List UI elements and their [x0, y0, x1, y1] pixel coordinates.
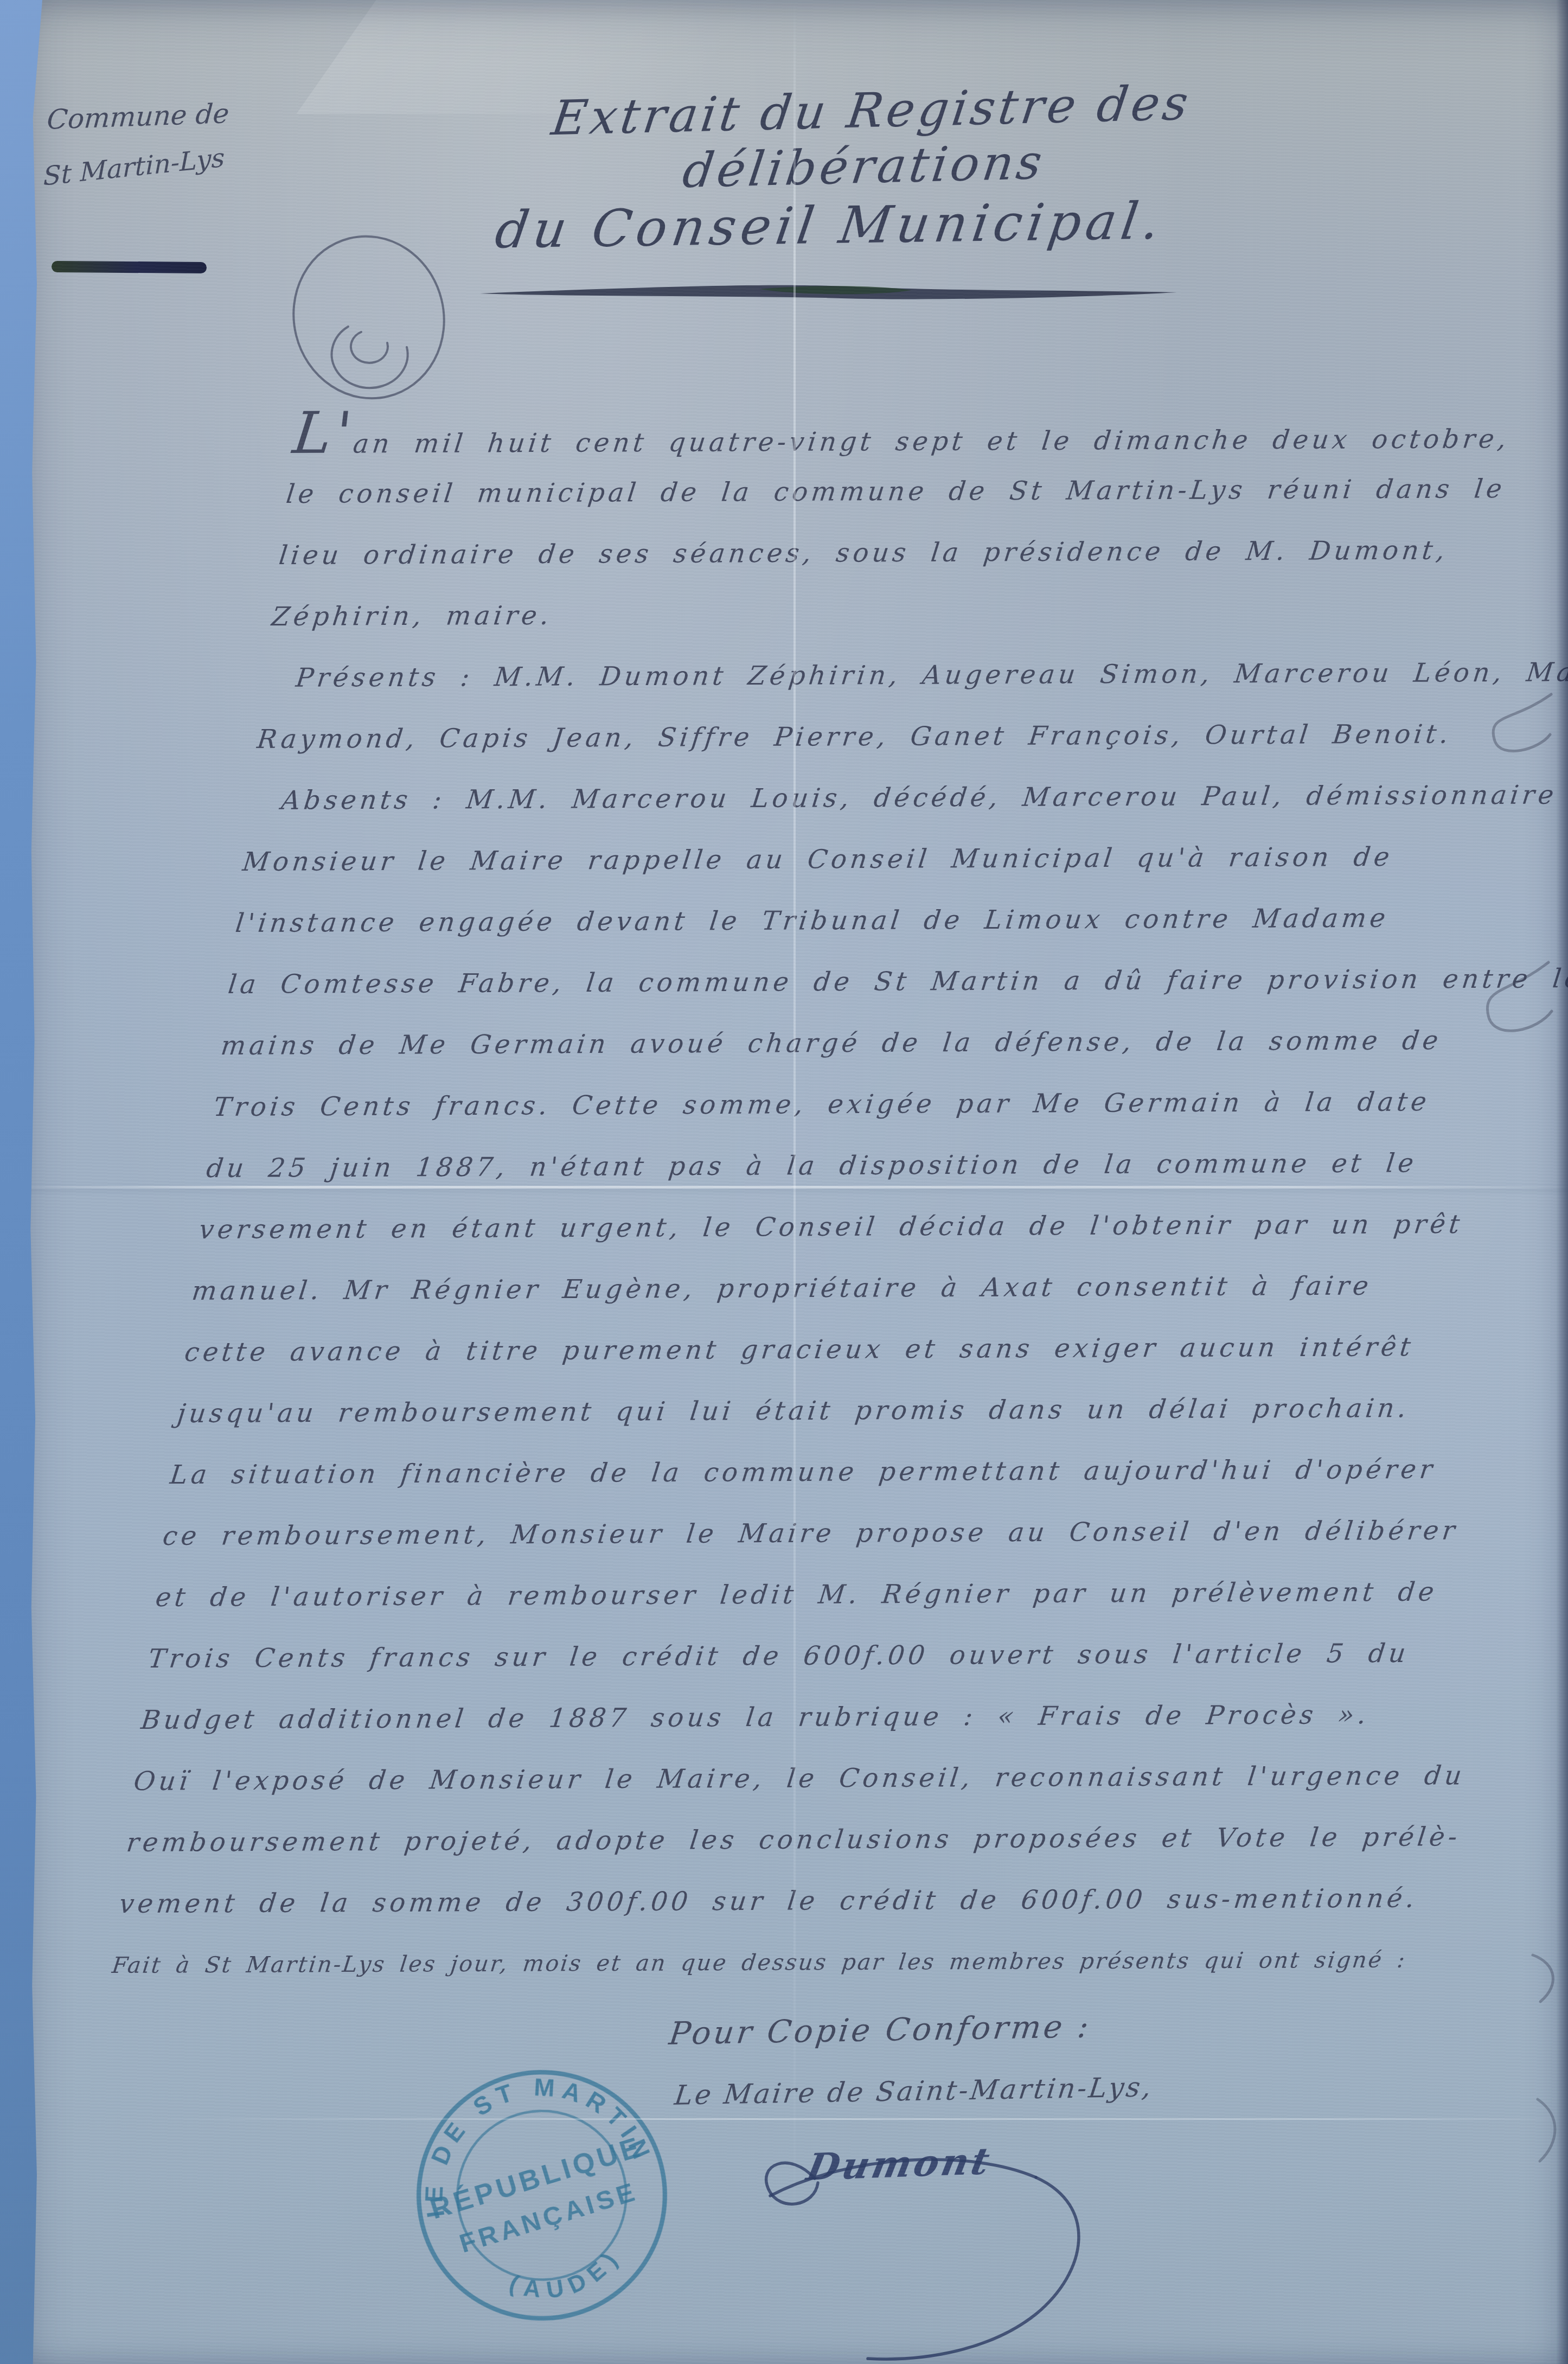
commune-line1: Commune de [46, 98, 231, 136]
mayor-signature: Dumont [803, 2139, 996, 2189]
text-line: Zéphirin, maire. [268, 581, 1518, 648]
stray-ink-mark [1527, 2094, 1568, 2170]
commune-line2: St Martin-Lys [43, 143, 226, 192]
text-line: Trois Cents francs sur le crédit de 600f… [145, 1623, 1395, 1690]
commune-underline-bar [52, 261, 207, 273]
text-line: L'an mil huit cent quatre-vingt sept et … [290, 397, 1540, 464]
text-line: Trois Cents francs. Cette somme, exigée … [210, 1071, 1460, 1138]
document-page: Commune de St Martin-Lys Extrait du Regi… [0, 0, 1568, 2364]
text-line: Budget additionnel de 1887 sous la rubri… [138, 1684, 1388, 1751]
title-underline-flourish [477, 279, 1182, 304]
title-line1: Extrait du Registre des délibérations [381, 71, 1354, 206]
text-line: la Comtesse Fabre, la commune de St Mart… [225, 949, 1475, 1015]
text-line: du 25 juin 1887, n'étant pas à la dispos… [203, 1133, 1453, 1199]
text-line: Ouï l'exposé de Monsieur le Maire, le Co… [130, 1746, 1380, 1812]
text-line: Présents : M.M. Dumont Zéphirin, Augerea… [261, 642, 1511, 709]
text-line: vement de la somme de 300f.00 sur le cré… [116, 1868, 1366, 1935]
svg-text:(AUDE): (AUDE) [500, 2237, 634, 2318]
stamp-ring-bottom-text: (AUDE) [500, 2237, 634, 2318]
text-line: et de l'autoriser à rembourser ledit M. … [152, 1562, 1402, 1628]
text-line: Raymond, Capis Jean, Siffre Pierre, Gane… [254, 704, 1504, 770]
fold-crease-horizontal-2 [0, 2118, 1568, 2120]
text-line: l'instance engagée devant le Tribunal de… [232, 887, 1482, 954]
text-line: cette avance à titre purement gracieux e… [181, 1317, 1431, 1383]
text-line: Absents : M.M. Marcerou Louis, décédé, M… [246, 765, 1496, 832]
text-line: ce remboursement, Monsieur le Maire prop… [159, 1500, 1410, 1567]
text-line: Fait à St Martin-Lys les jour, mois et a… [108, 1929, 1359, 1996]
text-line: versement en étant urgent, le Conseil dé… [196, 1194, 1446, 1261]
text-line: le conseil municipal de la commune de St… [283, 458, 1533, 525]
mairie-stamp: MAIRIE DE ST MARTIN-LYS (AUDE) RÉPUBLIQU… [375, 2028, 709, 2363]
text-line: mains de Me Germain avoué chargé de la d… [217, 1010, 1468, 1077]
text-line: La situation financière de la commune pe… [167, 1439, 1417, 1506]
copy-conforme-label: Pour Copie Conforme : [667, 2008, 1093, 2052]
deliberation-text: L'an mil huit cent quatre-vingt sept et … [108, 397, 1540, 1996]
text-line: remboursement projeté, adopte les conclu… [123, 1807, 1373, 1874]
text-line: lieu ordinaire de ses séances, sous la p… [276, 520, 1526, 586]
stray-ink-mark [1524, 1947, 1567, 2012]
commune-heading: Commune de St Martin-Lys [42, 98, 230, 186]
text-line: manuel. Mr Régnier Eugène, propriétaire … [188, 1255, 1438, 1322]
text-line: Monsieur le Maire rappelle au Conseil Mu… [239, 826, 1489, 893]
signer-title: Le Maire de Saint-Martin-Lys, [673, 2071, 1155, 2111]
document-title: Extrait du Registre des délibérations du… [391, 82, 1345, 255]
screenshot-root: { "header_left": { "line1": "Commune de"… [0, 0, 1568, 2364]
text-line: jusqu'au remboursement qui lui était pro… [174, 1378, 1424, 1445]
